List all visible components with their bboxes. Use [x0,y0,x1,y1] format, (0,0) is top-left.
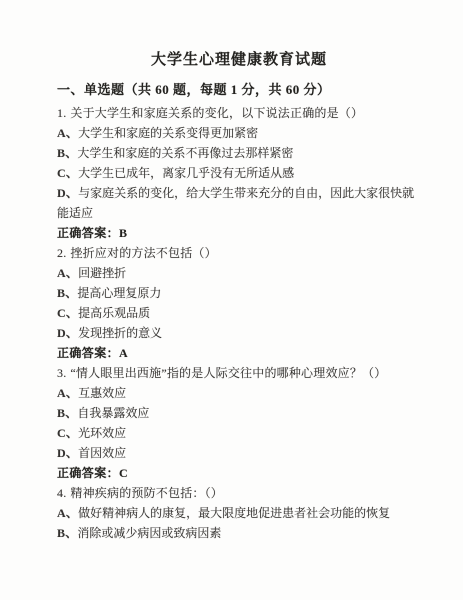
option-label: A、 [57,506,78,520]
question-3-option-a: A、互惠效应 [57,383,421,403]
option-text: 提高心理复原力 [77,286,161,300]
question-1-option-b: B、大学生和家庭的关系不再像过去那样紧密 [57,143,421,163]
option-label: C、 [57,306,78,320]
question-text: 挫折应对的方法不包括（） [70,246,216,260]
option-text: 自我暴露效应 [77,406,149,420]
option-label: C、 [57,166,78,180]
question-2-option-a: A、回避挫折 [57,263,421,283]
question-1-stem: 1.关于大学生和家庭关系的变化，以下说法正确的是（） [57,103,421,123]
question-number: 2. [57,246,66,260]
question-1: 1.关于大学生和家庭关系的变化，以下说法正确的是（） A、大学生和家庭的关系变得… [57,103,421,243]
section-heading: 一、单选题（共 60 题，每题 1 分，共 60 分） [57,80,421,100]
question-1-option-c: C、大学生已成年，离家几乎没有无所适从感 [57,163,421,183]
exam-document: 大学生心理健康教育试题 一、单选题（共 60 题，每题 1 分，共 60 分） … [0,0,463,543]
answer-label: 正确答案： [57,466,119,480]
option-text: 消除或减少病因或致病因素 [77,526,221,540]
option-label: A、 [57,266,78,280]
question-4-option-a: A、做好精神病人的康复，最大限度地促进患者社会功能的恢复 [57,503,421,523]
option-label: D、 [57,186,78,200]
option-text: 与家庭关系的变化，给大学生带来充分的自由，因此大家很快就能适应 [57,186,414,220]
option-text: 大学生和家庭的关系不再像过去那样紧密 [77,146,293,160]
question-3-stem: 3.“情人眼里出西施”指的是人际交往中的哪种心理效应？（） [57,363,421,383]
question-4-option-b: B、消除或减少病因或致病因素 [57,523,421,543]
option-text: 回避挫折 [78,266,126,280]
option-text: 做好精神病人的康复，最大限度地促进患者社会功能的恢复 [78,506,390,520]
option-label: B、 [57,406,77,420]
option-text: 首因效应 [78,446,126,460]
option-text: 大学生已成年，离家几乎没有无所适从感 [78,166,294,180]
question-text: 关于大学生和家庭关系的变化，以下说法正确的是（） [70,106,363,120]
option-text: 提高乐观品质 [78,306,150,320]
answer-label: 正确答案： [57,346,119,360]
question-3-option-d: D、首因效应 [57,443,421,463]
question-number: 3. [57,366,66,380]
option-label: B、 [57,286,77,300]
option-text: 光环效应 [78,426,126,440]
question-3-option-b: B、自我暴露效应 [57,403,421,423]
option-text: 互惠效应 [78,386,126,400]
option-label: B、 [57,526,77,540]
option-label: A、 [57,386,78,400]
answer-value: A [119,346,128,360]
question-1-option-a: A、大学生和家庭的关系变得更加紧密 [57,123,421,143]
question-1-answer: 正确答案：B [57,223,421,243]
question-2-stem: 2.挫折应对的方法不包括（） [57,243,421,263]
answer-label: 正确答案： [57,226,119,240]
question-number: 4. [57,486,66,500]
question-1-option-d: D、与家庭关系的变化，给大学生带来充分的自由，因此大家很快就能适应 [57,183,421,223]
option-label: B、 [57,146,77,160]
option-label: C、 [57,426,78,440]
question-4: 4.精神疾病的预防不包括：（） A、做好精神病人的康复，最大限度地促进患者社会功… [57,483,421,543]
option-text: 大学生和家庭的关系变得更加紧密 [78,126,258,140]
question-text: 精神疾病的预防不包括：（） [70,486,223,500]
question-3: 3.“情人眼里出西施”指的是人际交往中的哪种心理效应？（） A、互惠效应 B、自… [57,363,421,483]
question-3-answer: 正确答案：C [57,463,421,483]
question-4-stem: 4.精神疾病的预防不包括：（） [57,483,421,503]
question-2: 2.挫折应对的方法不包括（） A、回避挫折 B、提高心理复原力 C、提高乐观品质… [57,243,421,363]
option-label: A、 [57,126,78,140]
question-text: “情人眼里出西施”指的是人际交往中的哪种心理效应？（） [70,366,386,380]
answer-value: B [119,226,127,240]
option-label: D、 [57,446,78,460]
question-number: 1. [57,106,66,120]
option-label: D、 [57,326,78,340]
question-2-option-d: D、发现挫折的意义 [57,323,421,343]
question-2-option-b: B、提高心理复原力 [57,283,421,303]
question-2-option-c: C、提高乐观品质 [57,303,421,323]
page-title: 大学生心理健康教育试题 [57,50,421,70]
question-2-answer: 正确答案：A [57,343,421,363]
option-text: 发现挫折的意义 [78,326,162,340]
answer-value: C [119,466,128,480]
question-3-option-c: C、光环效应 [57,423,421,443]
